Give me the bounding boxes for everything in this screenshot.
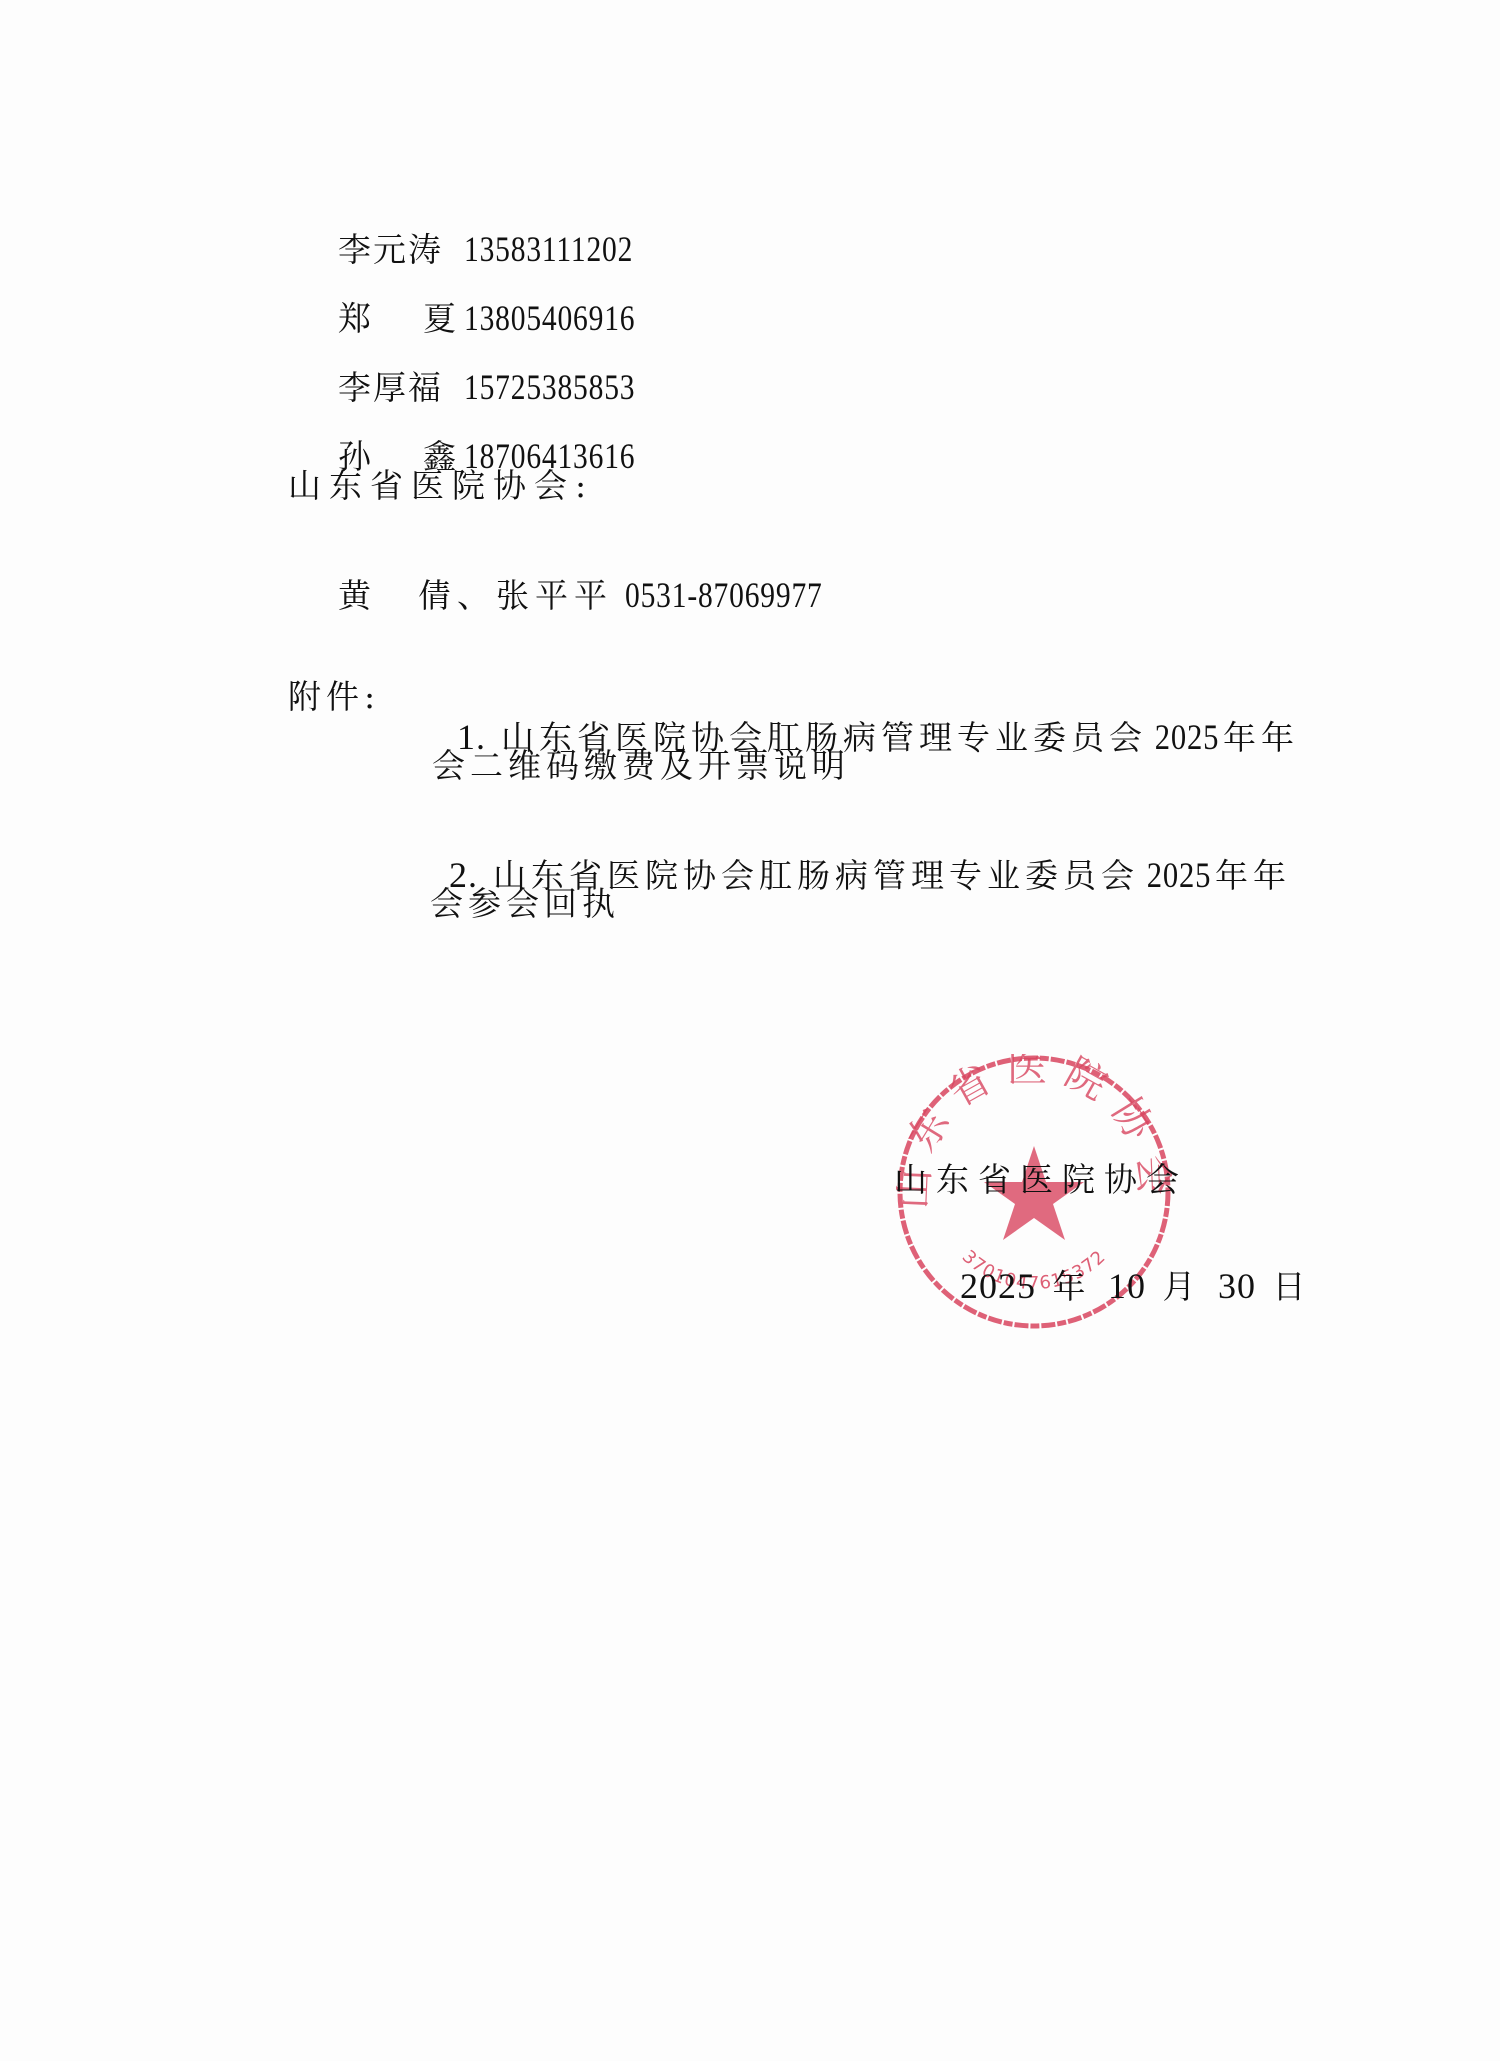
attachment-title-suffix: 年年 <box>1215 856 1291 895</box>
attachment-title-suffix: 年年 <box>1223 718 1299 757</box>
association-contact-name-second: 倩、张平平 <box>418 576 613 615</box>
contact-line: 李厚福15725385853 <box>288 327 673 367</box>
contact-line: 孙鑫18706413616 <box>288 396 673 436</box>
association-contact-line: 黄倩、张平平 0531-87069977 <box>288 535 866 575</box>
contact-line: 李元涛13583111202 <box>288 189 670 229</box>
association-label: 山东省医院协会: <box>288 466 594 506</box>
date-year-unit: 年 <box>1052 1267 1091 1306</box>
date-year: 2025 <box>960 1266 1036 1306</box>
attachments-label: 附件: <box>288 677 380 717</box>
signature-organization: 山东省医院协会 <box>894 1160 1188 1200</box>
attachment-item-1: 1.山东省医院协会肛肠病管理专业委员会2025年年 <box>395 677 1299 717</box>
contact-line: 郑夏13805406916 <box>288 258 673 298</box>
date-day-unit: 日 <box>1272 1267 1311 1306</box>
attachment-item-2-continuation: 会参会回执 <box>430 884 620 924</box>
association-contact-phone: 0531-87069977 <box>625 575 823 615</box>
signature-date: 2025 年 10 月 30 日 <box>894 1226 1311 1347</box>
attachment-item-2: 2.山东省医院协会肛肠病管理专业委员会2025年年 <box>387 815 1291 855</box>
association-contact-name-first: 黄 <box>338 576 418 616</box>
document-page: 李元涛13583111202 郑夏13805406916 李厚福15725385… <box>0 0 1500 2061</box>
date-month: 10 <box>1108 1266 1146 1306</box>
attachment-year: 2025 <box>1155 717 1220 757</box>
date-month-unit: 月 <box>1162 1267 1201 1306</box>
date-day: 30 <box>1218 1266 1256 1306</box>
attachment-year: 2025 <box>1147 855 1212 895</box>
attachment-item-1-continuation: 会二维码缴费及开票说明 <box>432 746 850 786</box>
